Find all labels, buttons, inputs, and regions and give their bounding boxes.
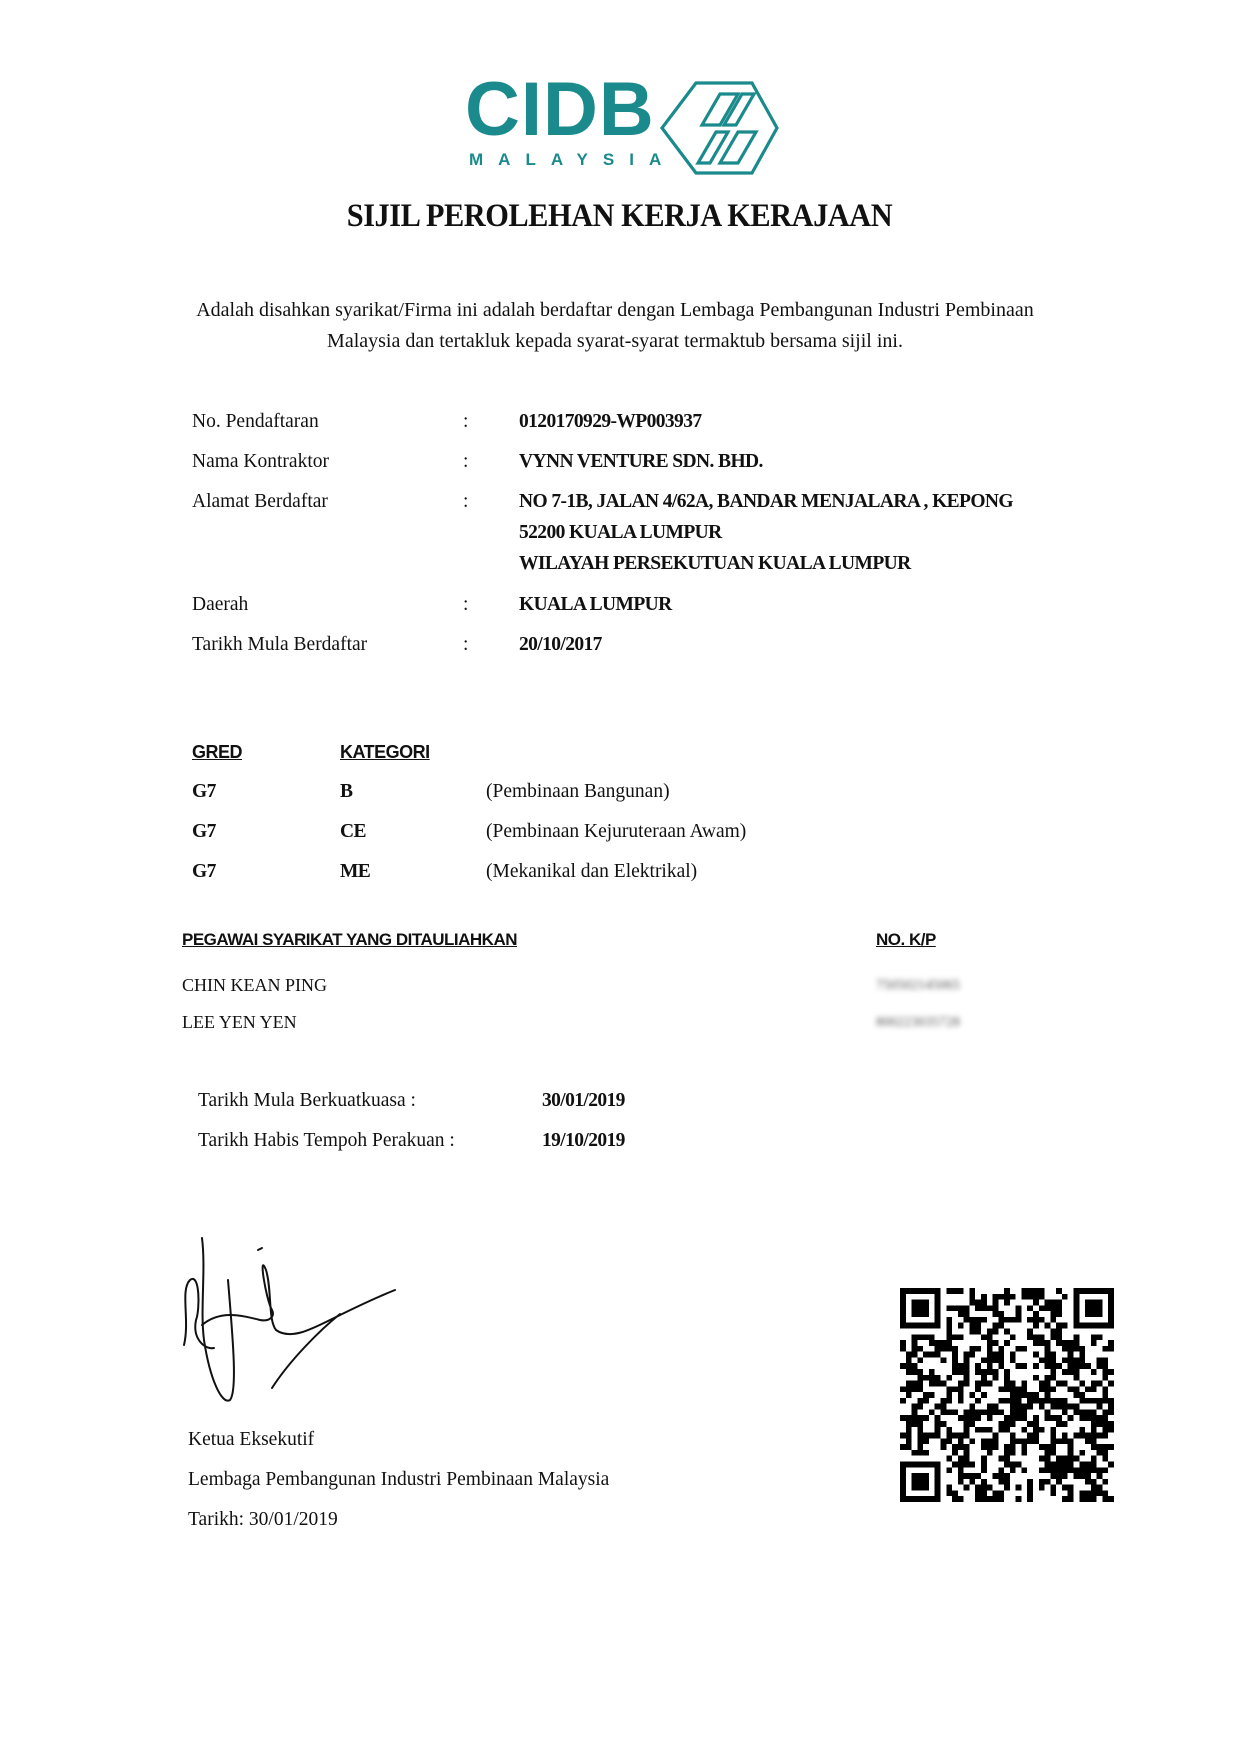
- separator: :: [463, 594, 468, 616]
- officer-name-header: PEGAWAI SYARIKAT YANG DITAULIAHKAN: [182, 930, 517, 950]
- certificate-title: SIJIL PEROLEHAN KERJA KERAJAAN: [50, 198, 1190, 235]
- category-cell: CE: [340, 821, 366, 843]
- category-cell: B: [340, 781, 352, 803]
- category-description: (Pembinaan Bangunan): [486, 781, 670, 803]
- separator: :: [463, 451, 468, 473]
- registration-no-value: 0120170929-WP003937: [519, 411, 702, 433]
- logo-wordmark: CIDB: [465, 72, 655, 148]
- signatory-organization: Lembaga Pembangunan Industri Pembinaan M…: [188, 1469, 609, 1491]
- address-line-3: WILAYAH PERSEKUTUAN KUALA LUMPUR: [519, 553, 911, 575]
- category-description: (Mekanikal dan Elektrikal): [486, 861, 697, 883]
- officer-ic-redacted: 800223035728: [876, 1015, 960, 1031]
- address-label: Alamat Berdaftar: [192, 491, 328, 513]
- address-line-1: NO 7-1B, JALAN 4/62A, BANDAR MENJALARA ,…: [519, 491, 1013, 513]
- separator: :: [463, 491, 468, 513]
- registration-date-label: Tarikh Mula Berdaftar: [192, 634, 367, 656]
- expiry-date-label: Tarikh Habis Tempoh Perakuan :: [198, 1130, 455, 1152]
- registration-date-value: 20/10/2017: [519, 634, 602, 656]
- signatory-date: Tarikh: 30/01/2019: [188, 1509, 338, 1531]
- registration-no-label: No. Pendaftaran: [192, 411, 319, 433]
- contractor-name-value: VYNN VENTURE SDN. BHD.: [519, 451, 763, 473]
- district-label: Daerah: [192, 594, 248, 616]
- officer-name: LEE YEN YEN: [182, 1012, 297, 1033]
- qr-code: [900, 1288, 1114, 1502]
- intro-paragraph: Adalah disahkan syarikat/Firma ini adala…: [150, 295, 1080, 357]
- logo-subtitle: MALAYSIA: [469, 150, 676, 170]
- officer-ic-header: NO. K/P: [876, 930, 936, 950]
- separator: :: [463, 411, 468, 433]
- contractor-name-label: Nama Kontraktor: [192, 451, 329, 473]
- grade-cell: G7: [192, 781, 216, 803]
- category-header: KATEGORI: [340, 742, 430, 763]
- expiry-date-value: 19/10/2019: [542, 1130, 625, 1152]
- category-description: (Pembinaan Kejuruteraan Awam): [486, 821, 746, 843]
- address-line-2: 52200 KUALA LUMPUR: [519, 522, 722, 544]
- cidb-hexagon-logo-icon: [658, 80, 780, 176]
- start-date-label: Tarikh Mula Berkuatkuasa :: [198, 1090, 416, 1112]
- officer-name: CHIN KEAN PING: [182, 975, 327, 996]
- intro-line-2: Malaysia dan tertakluk kepada syarat-sya…: [150, 326, 1080, 357]
- signature-image: [180, 1230, 400, 1410]
- cidb-logo: CIDB MALAYSIA: [465, 78, 785, 178]
- district-value: KUALA LUMPUR: [519, 594, 672, 616]
- signatory-position: Ketua Eksekutif: [188, 1429, 314, 1451]
- officer-ic-redacted: 750502145065: [876, 978, 960, 994]
- category-cell: ME: [340, 861, 370, 883]
- grade-cell: G7: [192, 821, 216, 843]
- start-date-value: 30/01/2019: [542, 1090, 625, 1112]
- separator: :: [463, 634, 468, 656]
- grade-header: GRED: [192, 742, 242, 763]
- intro-line-1: Adalah disahkan syarikat/Firma ini adala…: [150, 295, 1080, 326]
- grade-cell: G7: [192, 861, 216, 883]
